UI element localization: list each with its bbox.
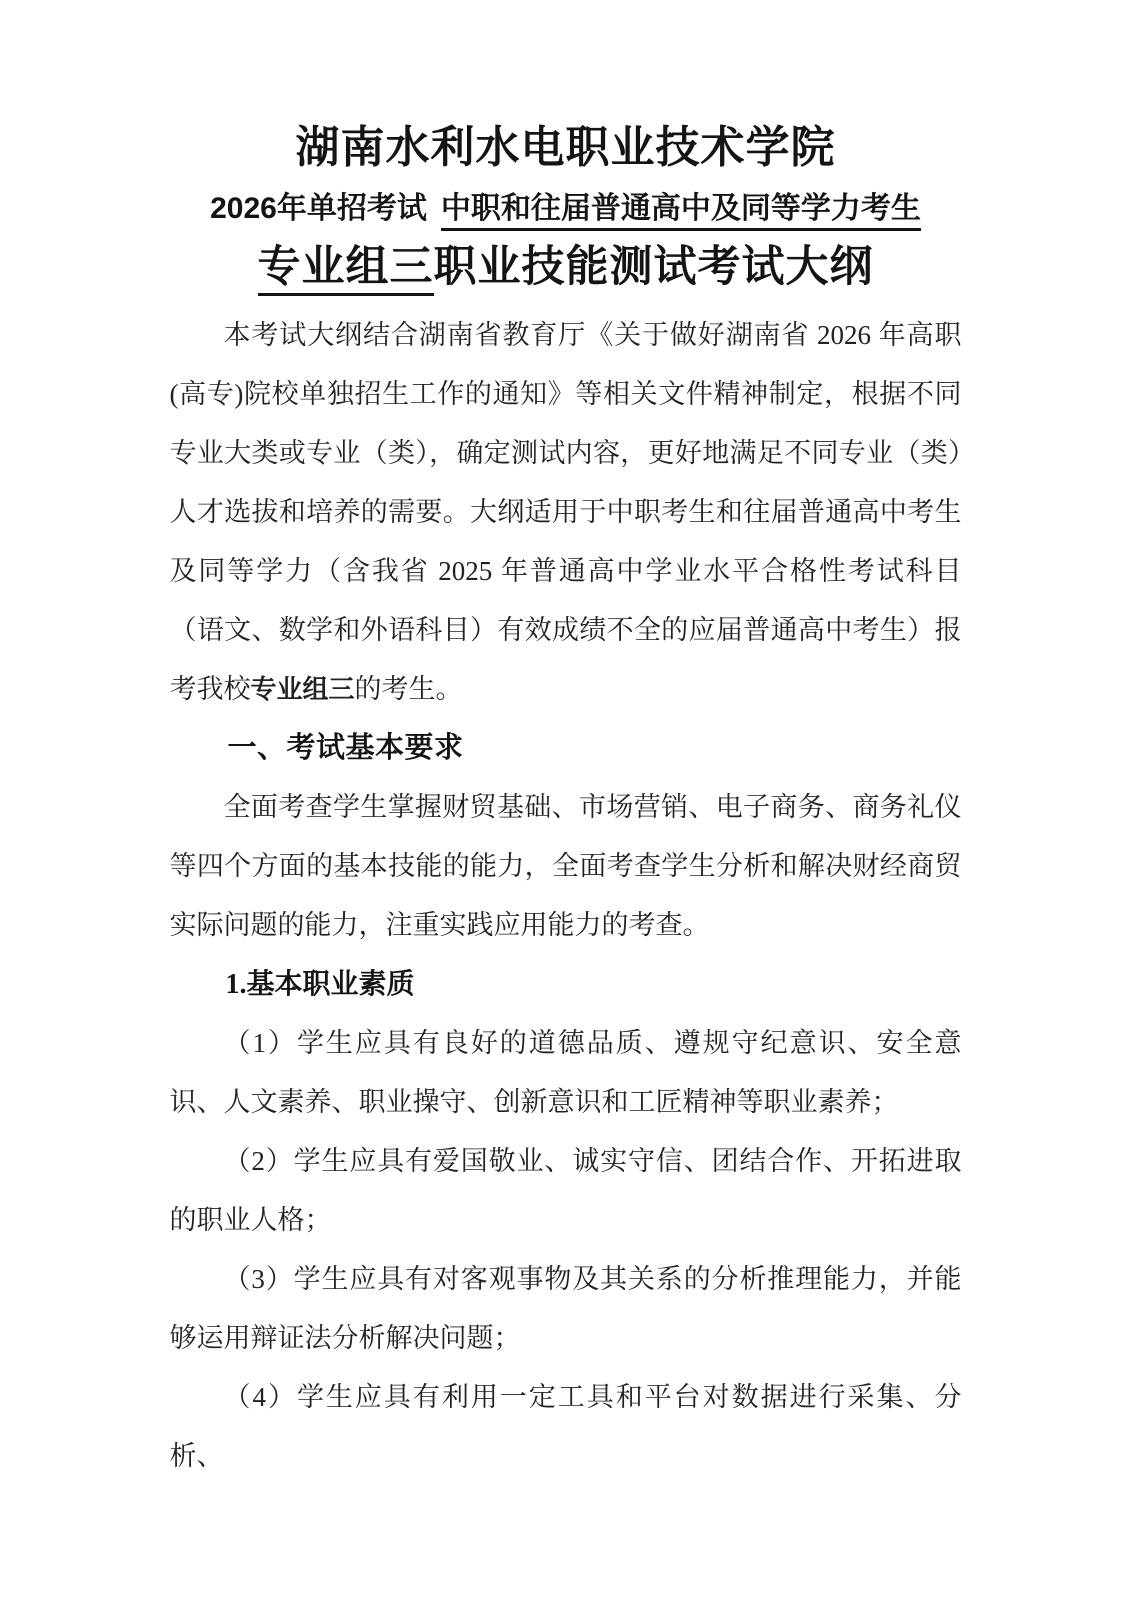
document-content: 湖南水利水电职业技术学院 2026年单招考试中职和往届普通高中及同等学力考生 专… — [170, 0, 962, 1486]
document-body: 本考试大纲结合湖南省教育厅《关于做好湖南省 2026 年高职(高专)院校单独招生… — [170, 306, 962, 1486]
list-item-4: （4）学生应具有利用一定工具和平台对数据进行采集、分析、 — [170, 1368, 962, 1486]
document-page: 湖南水利水电职业技术学院 2026年单招考试中职和往届普通高中及同等学力考生 专… — [0, 0, 1131, 1600]
list-item-1: （1）学生应具有良好的道德品质、遵规守纪意识、安全意识、人文素养、职业操守、创新… — [170, 1014, 962, 1132]
subtitle-prefix: 2026年单招考试 — [210, 192, 427, 225]
list-item-2: （2）学生应具有爱国敬业、诚实守信、团结合作、开拓进取的职业人格； — [170, 1132, 962, 1250]
outline-title-underlined-text: 专业组三 — [258, 243, 434, 296]
section-1-heading: 一、考试基本要求 — [170, 719, 962, 778]
subsection-1-heading: 1.基本职业素质 — [170, 955, 962, 1014]
subtitle-line: 2026年单招考试中职和往届普通高中及同等学力考生 — [170, 188, 962, 230]
section-1-paragraph: 全面考查学生掌握财贸基础、市场营销、电子商务、商务礼仪等四个方面的基本技能的能力… — [170, 778, 962, 955]
intro-text-end: 的考生。 — [355, 674, 463, 704]
outline-title: 专业组三职业技能测试考试大纲 — [170, 238, 962, 296]
page-title: 湖南水利水电职业技术学院 — [170, 120, 962, 176]
intro-text-start: 本考试大纲结合湖南省教育厅《关于做好湖南省 2026 年高职(高专)院校单独招生… — [170, 320, 962, 704]
list-item-3: （3）学生应具有对客观事物及其关系的分析推理能力，并能够运用辩证法分析解决问题； — [170, 1250, 962, 1368]
intro-paragraph: 本考试大纲结合湖南省教育厅《关于做好湖南省 2026 年高职(高专)院校单独招生… — [170, 306, 962, 719]
intro-text-bold: 专业组三 — [251, 674, 355, 704]
subtitle-underlined-text: 中职和往届普通高中及同等学力考生 — [441, 192, 921, 231]
outline-title-rest-text: 职业技能测试考试大纲 — [434, 243, 874, 291]
